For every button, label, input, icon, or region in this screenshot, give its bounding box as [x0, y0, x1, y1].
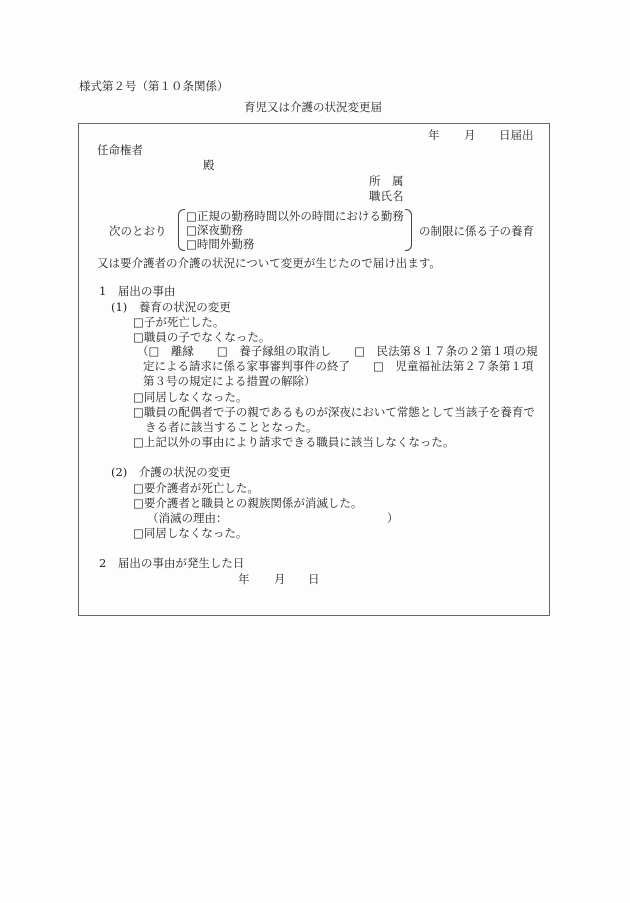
- event-day-label: 日: [308, 574, 320, 586]
- event-month-label: 月: [274, 574, 286, 586]
- restriction-option-overtime-regular[interactable]: □正規の勤務時間以外の時間における勤務: [186, 211, 404, 223]
- affiliation-label: 所 属: [369, 176, 404, 188]
- honorific: 殿: [203, 160, 215, 172]
- checkbox-spouse-can-care-cont: きる者に該当することとなった。: [145, 422, 318, 434]
- checkbox-other-reason[interactable]: □上記以外の事由により請求できる職員に該当しなくなった。: [133, 437, 454, 449]
- paren-options-line3: 第３号の規定による措置の解除）: [143, 376, 316, 388]
- paren-options-line1[interactable]: （□ 離縁 □ 養子縁組の取消し □ 民法第８１７条の２第１項の規: [137, 346, 538, 358]
- section1-heading: 1 届出の事由: [99, 286, 175, 298]
- checkbox-no-longer-child[interactable]: □職員の子でなくなった。: [133, 332, 270, 344]
- checkbox-care-no-longer-cohabiting[interactable]: □同居しなくなった。: [133, 528, 247, 540]
- reason-label: （消滅の理由：: [147, 513, 228, 525]
- submit-day-label: 日届出: [499, 130, 534, 142]
- intro-prefix: 次のとおり: [109, 226, 167, 238]
- reason-close-paren: ）: [387, 513, 399, 525]
- restriction-option-overtime[interactable]: □時間外勤務: [186, 239, 254, 251]
- checkbox-no-longer-cohabiting[interactable]: □同居しなくなった。: [133, 392, 247, 404]
- name-label: 職氏名: [369, 191, 404, 203]
- checkbox-spouse-can-care[interactable]: □職員の配偶者で子の親であるものが深夜において常態として当該子を養育で: [133, 407, 535, 419]
- section1-sub2-heading: (2) 介護の状況の変更: [111, 467, 231, 479]
- addressee: 任命権者: [97, 145, 143, 157]
- paren-options-line2[interactable]: 定による請求に係る家事審判事件の終了 □ 児童福祉法第２７条第１項: [143, 361, 533, 373]
- intro-suffix: の制限に係る子の養育: [419, 226, 534, 238]
- restriction-option-night[interactable]: □深夜勤務: [186, 225, 243, 237]
- right-bracket: [405, 209, 412, 251]
- section1-sub1-heading: (1) 養育の状況の変更: [111, 302, 231, 314]
- checkbox-child-died[interactable]: □子が死亡した。: [133, 317, 224, 329]
- reason-input[interactable]: [225, 511, 385, 525]
- event-year-label: 年: [238, 574, 250, 586]
- checkbox-kinship-ended[interactable]: □要介護者と職員との親族関係が消滅した。: [133, 498, 362, 510]
- left-bracket: [178, 209, 185, 251]
- intro-line2: 又は要介護者の介護の状況について変更が生じたので届け出ます。: [97, 258, 441, 270]
- checkbox-care-recipient-died[interactable]: □要介護者が死亡した。: [133, 483, 259, 495]
- submit-year-label: 年: [428, 130, 440, 142]
- section2-heading: 2 届出の事由が発生した日: [99, 558, 244, 570]
- form-number: 様式第２号（第１０条関係）: [79, 81, 229, 93]
- form-title: 育児又は介護の状況変更届: [244, 102, 382, 114]
- submit-month-label: 月: [464, 130, 476, 142]
